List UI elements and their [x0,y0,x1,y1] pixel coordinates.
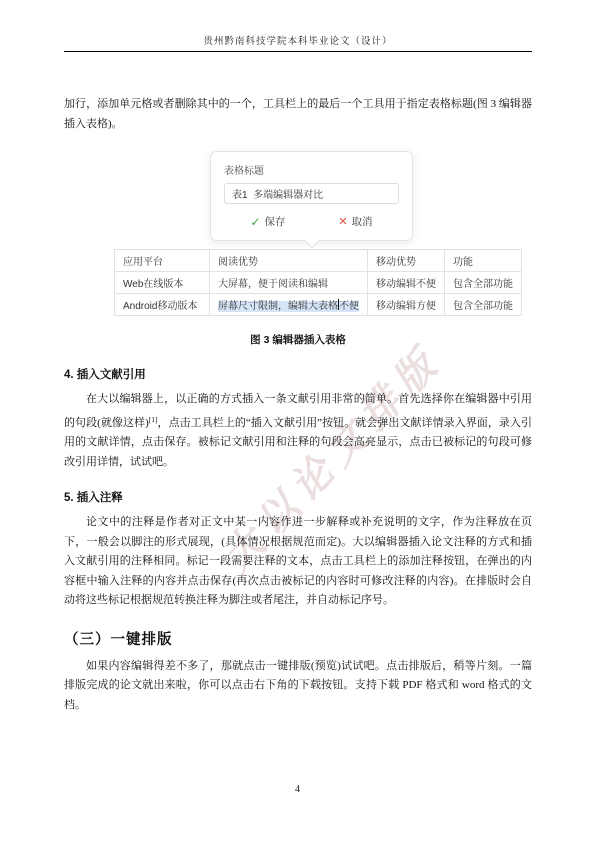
header-cell-reading[interactable]: 阅读优势 [210,250,368,272]
cell-function[interactable]: 包含全部功能 [445,294,522,316]
intro-paragraph: 加行，添加单元格或者删除其中的一个，工具栏上的最后一个工具用于指定表格标题(图 … [64,95,532,134]
table-row: Web在线版本 大屏幕，便于阅读和编辑 移动编辑不便 包含全部功能 [115,272,522,294]
cell-platform[interactable]: Android移动版本 [115,294,210,316]
selected-text: 不便 [339,301,359,312]
figure-caption: 图 3 编辑器插入表格 [64,332,532,347]
table-header-row: 应用平台 阅读优势 移动优势 功能 [115,250,522,272]
table-title-label: 表格标题 [224,162,399,177]
cell-mobile[interactable]: 移动编辑方便 [368,294,445,316]
save-button[interactable]: ✓ 保存 [250,214,285,229]
document-page: 大以论文排版 贵州黔南科技学院本科毕业论文（设计） 加行，添加单元格或者删除其中… [0,0,595,842]
cell-platform[interactable]: Web在线版本 [115,272,210,294]
table-title-popup: 表格标题 ✓ 保存 ✕ 取消 [210,151,413,241]
popup-pointer-arrow [304,234,318,248]
header-title: 贵州黔南科技学院本科毕业论文（设计） [203,37,392,47]
section-heading-annotation: 5. 插入注释 [64,489,532,505]
page-header: 贵州黔南科技学院本科毕业论文（设计） [64,33,532,52]
header-cell-mobile[interactable]: 移动优势 [368,250,445,272]
comparison-table: 应用平台 阅读优势 移动优势 功能 Web在线版本 大屏幕，便于阅读和编辑 移动… [114,249,522,316]
page-content: 加行，添加单元格或者删除其中的一个，工具栏上的最后一个工具用于指定表格标题(图 … [64,95,532,715]
table-title-input[interactable] [224,183,399,204]
header-cell-platform[interactable]: 应用平台 [115,250,210,272]
annotation-paragraph: 论文中的注释是作者对正文中某一内容作进一步解释或补充说明的文字，作为注释放在页下… [64,513,532,611]
popup-actions: ✓ 保存 ✕ 取消 [224,214,399,229]
citation-paragraph: 在大以编辑器上，以正确的方式插入一条文献引用非常的简单。首先选择你在编辑器中引用… [64,390,532,472]
figure-screenshot: 表格标题 ✓ 保存 ✕ 取消 应用平台 [64,151,532,316]
close-icon: ✕ [338,215,347,228]
table-row: Android移动版本 屏幕尺寸限制，编辑大表格不便 移动编辑方便 包含全部功能 [115,294,522,316]
page-number: 4 [0,784,595,795]
layout-paragraph: 如果内容编辑得差不多了，那就点击一键排版(预览)试试吧。点击排版后，稍等片刻。一… [64,657,532,716]
section-heading-citation: 4. 插入文献引用 [64,366,532,382]
cell-reading-editing[interactable]: 屏幕尺寸限制，编辑大表格不便 [210,294,368,316]
cancel-button[interactable]: ✕ 取消 [338,214,372,229]
cell-function[interactable]: 包含全部功能 [445,272,522,294]
save-button-label: 保存 [264,214,285,229]
section-heading-layout: （三）一键排版 [64,628,532,649]
check-icon: ✓ [250,215,260,229]
header-cell-function[interactable]: 功能 [445,250,522,272]
cancel-button-label: 取消 [352,214,373,229]
cell-reading[interactable]: 大屏幕，便于阅读和编辑 [210,272,368,294]
cell-mobile[interactable]: 移动编辑不便 [368,272,445,294]
selected-text: 屏幕尺寸限制，编辑大表格 [218,301,338,312]
